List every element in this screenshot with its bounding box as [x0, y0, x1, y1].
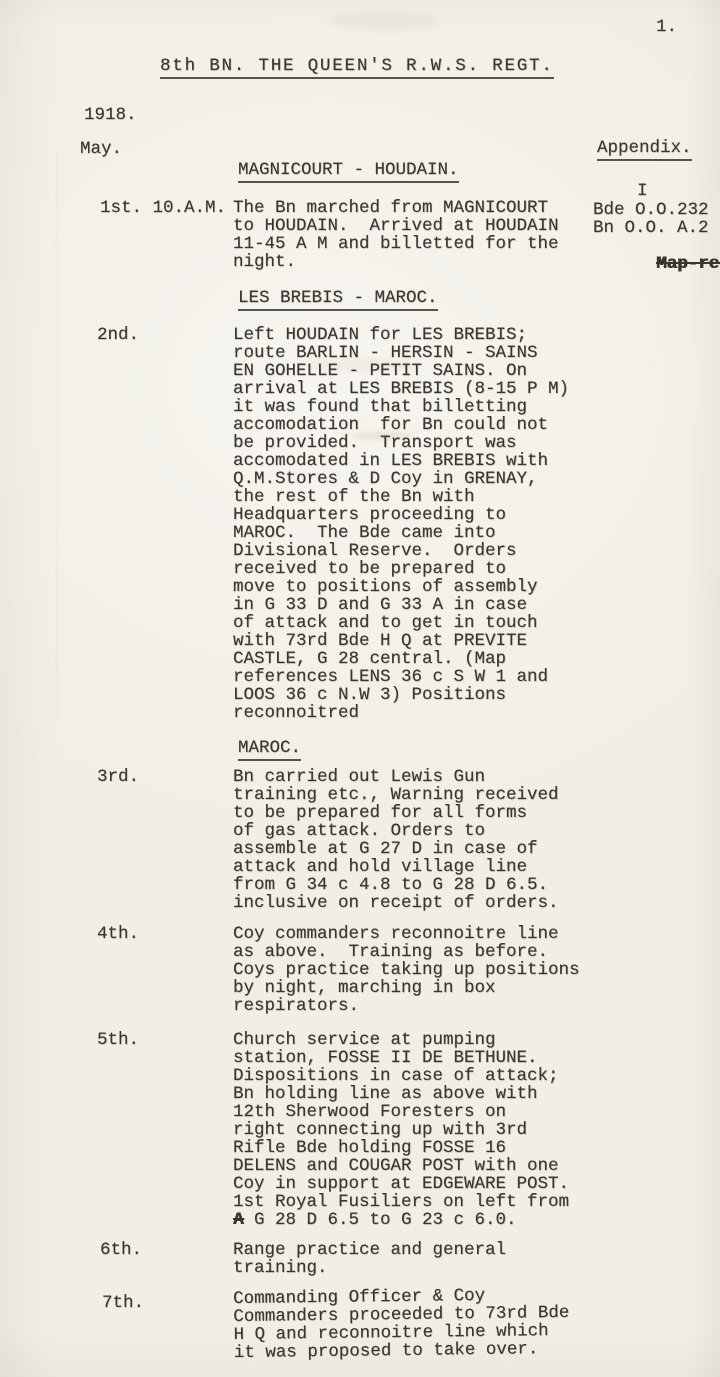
entry-line: reconnoitred	[233, 704, 613, 722]
entry-line: respirators.	[233, 997, 613, 1015]
entry-line: assemble at G 27 D in case of	[233, 840, 613, 858]
entry-date: 7th.	[102, 1294, 144, 1312]
entry-line: the rest of the Bn with	[233, 488, 613, 506]
entry-line: it was found that billetting	[233, 398, 613, 416]
entry-line: training.	[233, 1259, 613, 1277]
section-heading-text: LES BREBIS - MAROC.	[238, 289, 438, 311]
entry-line: The Bn marched from MAGNICOURT	[233, 199, 613, 217]
entry-line: as above. Training as before.	[233, 943, 613, 961]
entry-lines: Commanding Officer & CoyCommanders proce…	[233, 1285, 614, 1362]
entry-body: Church service at pumpingstation, FOSSE …	[233, 1031, 613, 1229]
entry-line: Church service at pumping	[233, 1031, 613, 1049]
entry-line: 12th Sherwood Foresters on	[233, 1103, 613, 1121]
entry-body: Bn carried out Lewis Guntraining etc., W…	[233, 768, 613, 912]
entry-line: DELENS and COUGAR POST with one	[233, 1157, 613, 1175]
entry-lines: Bn carried out Lewis Guntraining etc., W…	[233, 768, 613, 912]
entry-line: be provided. Transport was	[233, 434, 613, 452]
entry-line: received to be prepared to	[233, 560, 613, 578]
entry-line: with 73rd Bde H Q at PREVITE	[233, 632, 613, 650]
paper-smudge	[330, 12, 440, 30]
entry-line: move to positions of assembly	[233, 578, 613, 596]
entry-line: of gas attack. Orders to	[233, 822, 613, 840]
entry-line: MAROC. The Bde came into	[233, 524, 613, 542]
document-title-wrap: 8th BN. THE QUEEN'S R.W.S. REGT.	[160, 57, 554, 79]
entry-line-text: G 28 D 6.5 to G 23 c 6.0.	[244, 1210, 517, 1230]
entry-line: Coy commanders reconnoitre line	[233, 925, 613, 943]
entry-line: from G 34 c 4.8 to G 28 D 6.5.	[233, 876, 613, 894]
page-number: 1.	[656, 18, 677, 36]
appendix-label-wrap: Appendix.	[597, 139, 692, 161]
entry-line: Divisional Reserve. Orders	[233, 542, 613, 560]
entry-line: of attack and to get in touch	[233, 614, 613, 632]
entry-line: Q.M.Stores & D Coy in GRENAY,	[233, 470, 613, 488]
entry-lines: Range practice and generaltraining.	[233, 1241, 613, 1277]
month-label: May.	[80, 140, 122, 158]
document-title: 8th BN. THE QUEEN'S R.W.S. REGT.	[160, 57, 554, 79]
entry-lines: Left HOUDAIN for LES BREBIS;route BARLIN…	[233, 326, 613, 722]
entry-lines: Coy commanders reconnoitre lineas above.…	[233, 925, 613, 1015]
entry-lines: The Bn marched from MAGNICOURTto HOUDAIN…	[233, 199, 613, 271]
entry-body: Coy commanders reconnoitre lineas above.…	[233, 925, 613, 1015]
appendix-struck-ref: Map-ref	[656, 254, 720, 274]
entry-line: to be prepared for all forms	[233, 804, 613, 822]
section-heading-les-brebis-maroc: LES BREBIS - MAROC.	[238, 289, 438, 311]
entry-line: Headquarters proceeding to	[233, 506, 613, 524]
entry-line: Coys practice taking up positions	[233, 961, 613, 979]
entry-line: Range practice and general	[233, 1241, 613, 1259]
war-diary-page: 1. 8th BN. THE QUEEN'S R.W.S. REGT. 1918…	[0, 0, 720, 1377]
entry-line: station, FOSSE II DE BETHUNE.	[233, 1049, 613, 1067]
entry-date: 2nd.	[97, 326, 139, 344]
section-heading-magnicourt-houdain: MAGNICOURT - HOUDAIN.	[238, 161, 459, 183]
entry-date: 3rd.	[97, 768, 139, 786]
entry-line: CASTLE, G 28 central. (Map	[233, 650, 613, 668]
entry-line: accomodation for Bn could not	[233, 416, 613, 434]
entry-line: Rifle Bde holding FOSSE 16	[233, 1139, 613, 1157]
crease-line	[56, 150, 58, 720]
entry-line: route BARLIN - HERSIN - SAINS	[233, 344, 613, 362]
entry-line: Dispositions in case of attack;	[233, 1067, 613, 1085]
entry-line: references LENS 36 c S W 1 and	[233, 668, 613, 686]
entry-line: 1st Royal Fusiliers on left from	[233, 1193, 613, 1211]
entry-line: by night, marching in box	[233, 979, 613, 997]
section-heading-text: MAGNICOURT - HOUDAIN.	[238, 161, 459, 183]
entry-line: Bn holding line as above with	[233, 1085, 613, 1103]
entry-body: Commanding Officer & CoyCommanders proce…	[233, 1285, 614, 1362]
entry-line: arrival at LES BREBIS (8-15 P M)	[233, 380, 613, 398]
year-label: 1918.	[84, 106, 137, 124]
entry-line: attack and hold village line	[233, 858, 613, 876]
struck-letter: A	[233, 1210, 244, 1230]
entry-body: Range practice and generaltraining.	[233, 1241, 613, 1277]
entry-date: 1st. 10.A.M.	[100, 199, 226, 217]
entry-date: 5th.	[97, 1031, 139, 1049]
entry-line: LOOS 36 c N.W 3) Positions	[233, 686, 613, 704]
entry-line: Coy in support at EDGEWARE POST.	[233, 1175, 613, 1193]
entry-line: accomodated in LES BREBIS with	[233, 452, 613, 470]
section-heading-maroc: MAROC.	[238, 739, 301, 761]
entry-date: 6th.	[100, 1241, 142, 1259]
appendix-numeral: I	[637, 182, 648, 200]
appendix-label: Appendix.	[597, 139, 692, 161]
entry-line: Left HOUDAIN for LES BREBIS;	[233, 326, 613, 344]
entry-line: it was proposed to take over.	[234, 1339, 614, 1362]
entry-date: 4th.	[97, 925, 139, 943]
entry-line: training etc., Warning received	[233, 786, 613, 804]
entry-line: A G 28 D 6.5 to G 23 c 6.0.	[233, 1211, 613, 1229]
entry-body: Left HOUDAIN for LES BREBIS;route BARLIN…	[233, 326, 613, 722]
entry-line: in G 33 D and G 33 A in case	[233, 596, 613, 614]
entry-line: EN GOHELLE - PETIT SAINS. On	[233, 362, 613, 380]
entry-line: 11-45 A M and billetted for the	[233, 235, 613, 253]
entry-line: inclusive on receipt of orders.	[233, 894, 613, 912]
section-heading-text: MAROC.	[238, 739, 301, 761]
entry-lines: Church service at pumpingstation, FOSSE …	[233, 1031, 613, 1211]
entry-line: night.	[233, 253, 613, 271]
entry-line: right connecting up with 3rd	[233, 1121, 613, 1139]
entry-line: Bn carried out Lewis Gun	[233, 768, 613, 786]
entry-body: The Bn marched from MAGNICOURTto HOUDAIN…	[233, 199, 613, 271]
entry-line: to HOUDAIN. Arrived at HOUDAIN	[233, 217, 613, 235]
